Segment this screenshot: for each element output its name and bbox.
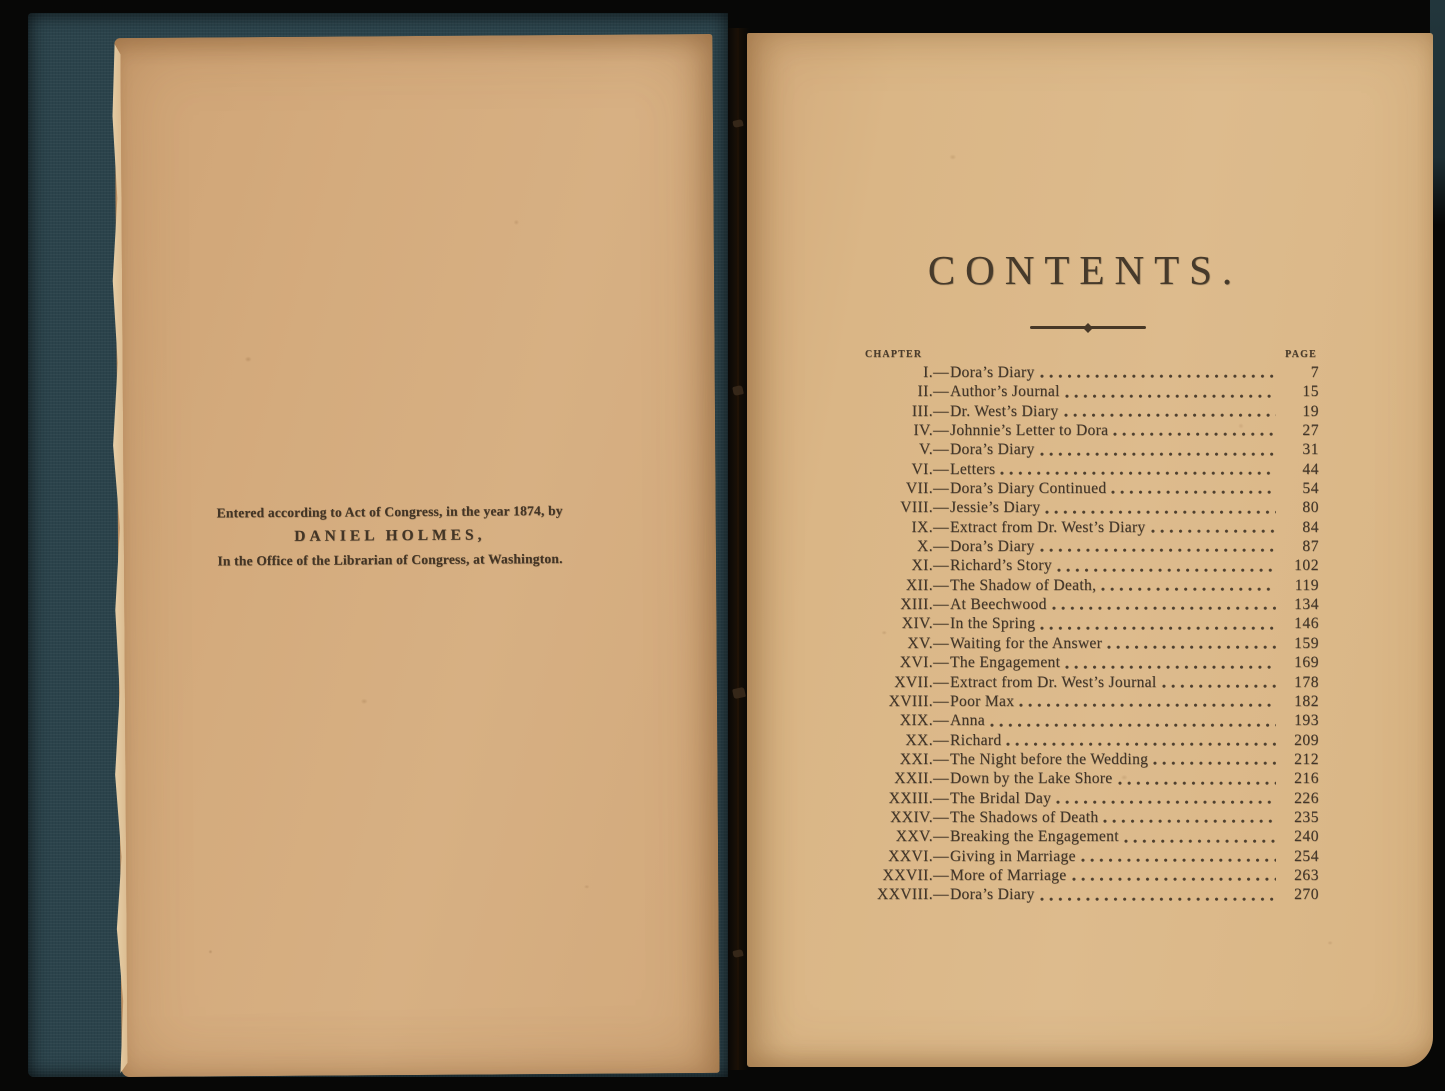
chapter-page-number: 84 [1283,518,1319,537]
dot-leader [1071,877,1276,882]
dot-leader [1100,587,1276,592]
chapter-title: The Shadow of Death, [949,576,1096,595]
chapter-numeral: III.— [857,402,949,421]
chapter-page-number: 134 [1283,595,1319,614]
dot-leader [1039,452,1276,457]
chapter-numeral: V.— [857,440,949,459]
copyright-office-line: In the Office of the Librarian of Congre… [118,550,662,570]
chapter-numeral: VI.— [857,460,949,479]
chapter-page-number: 27 [1283,421,1319,440]
chapter-page-number: 193 [1283,711,1319,730]
chapter-numeral: XXIII.— [857,789,949,808]
toc-row: VIII.— Jessie’s Diary 80 [857,498,1319,517]
dot-leader [1064,665,1276,670]
chapter-title: Extract from Dr. West’s Diary [949,518,1146,537]
chapter-page-number: 254 [1283,847,1319,866]
toc-row: XXII.— Down by the Lake Shore 216 [857,769,1319,788]
chapter-numeral: VIII.— [857,498,949,517]
toc-row: XI.— Richard’s Story 102 [857,556,1319,575]
chapter-title: Down by the Lake Shore [949,769,1113,788]
toc-row: XV.— Waiting for the Answer 159 [857,634,1319,653]
toc-row: XVII.— Extract from Dr. West’s Journal 1… [857,673,1319,692]
chapter-numeral: I.— [857,363,949,382]
chapter-title: Waiting for the Answer [949,634,1102,653]
dot-leader [1039,897,1276,902]
toc-row: XIV.— In the Spring 146 [857,614,1319,633]
chapter-title: Dora’s Diary Continued [949,479,1106,498]
toc-row: XIX.— Anna 193 [857,711,1319,730]
chapter-numeral: II.— [857,382,949,401]
chapter-numeral: XI.— [857,556,949,575]
chapter-page-number: 226 [1283,789,1319,808]
chapter-page-number: 31 [1283,440,1319,459]
toc-row: XX.— Richard 209 [857,731,1319,750]
dot-leader [1055,800,1276,805]
chapter-page-number: 216 [1283,769,1319,788]
dot-leader [1117,781,1277,786]
toc-row: VI.— Letters 44 [857,460,1319,479]
chapter-title: The Shadows of Death [949,808,1098,827]
dot-leader [1112,432,1276,437]
chapter-title: Poor Max [949,692,1014,711]
chapter-page-number: 263 [1283,866,1319,885]
toc-header-page: PAGE [1285,349,1317,360]
chapter-title: Dora’s Diary [949,885,1035,904]
dot-leader [1005,742,1276,747]
decorative-rule [1031,326,1145,329]
chapter-page-number: 7 [1283,363,1319,382]
contents-title: CONTENTS. [747,246,1423,294]
dot-leader [999,471,1276,476]
chapter-title: At Beechwood [949,595,1047,614]
chapter-page-number: 80 [1283,498,1319,517]
chapter-numeral: XIX.— [857,711,949,730]
chapter-title: Richard’s Story [949,556,1052,575]
chapter-title: Jessie’s Diary [949,498,1040,517]
chapter-numeral: XXVII.— [857,866,949,885]
chapter-page-number: 182 [1283,692,1319,711]
chapter-page-number: 169 [1283,653,1319,672]
chapter-title: Giving in Marriage [949,847,1076,866]
chapter-numeral: IX.— [857,518,949,537]
gutter-shadow-line [737,28,739,1070]
toc-row: II.— Author’s Journal 15 [857,382,1319,401]
toc-row: IX.— Extract from Dr. West’s Diary 84 [857,518,1319,537]
chapter-page-number: 44 [1283,460,1319,479]
chapter-numeral: XXI.— [857,750,949,769]
dot-leader [1039,626,1276,631]
chapter-page-number: 235 [1283,808,1319,827]
dot-leader [1039,548,1276,553]
toc-row: X.— Dora’s Diary 87 [857,537,1319,556]
toc-row: XIII.— At Beechwood 134 [857,595,1319,614]
chapter-title: Author’s Journal [949,382,1060,401]
chapter-title: Letters [949,460,995,479]
chapter-page-number: 15 [1283,382,1319,401]
chapter-numeral: IV.— [857,421,949,440]
chapter-numeral: XX.— [857,731,949,750]
toc-row: XVI.— The Engagement 169 [857,653,1319,672]
toc-row: I.— Dora’s Diary 7 [857,363,1319,382]
toc-row: XXI.— The Night before the Wedding 212 [857,750,1319,769]
copyright-statement: Entered according to Act of Congress, in… [118,502,662,522]
dot-leader [1106,645,1276,650]
dot-leader [1110,490,1276,495]
chapter-page-number: 54 [1283,479,1319,498]
dot-leader [1039,374,1276,379]
chapter-numeral: XVI.— [857,653,949,672]
chapter-page-number: 19 [1283,402,1319,421]
chapter-title: The Bridal Day [949,789,1051,808]
binding-stitch [732,687,746,699]
chapter-title: Dr. West’s Diary [949,402,1059,421]
dot-leader [1123,839,1276,844]
chapter-numeral: XV.— [857,634,949,653]
chapter-title: In the Spring [949,614,1035,633]
chapter-numeral: XXV.— [857,827,949,846]
chapter-numeral: XXVIII.— [857,885,949,904]
chapter-title: Dora’s Diary [949,440,1035,459]
table-of-contents: CHAPTER PAGE I.— Dora’s Diary 7 II.— Aut… [857,349,1319,905]
chapter-page-number: 270 [1283,885,1319,904]
toc-row: VII.— Dora’s Diary Continued 54 [857,479,1319,498]
chapter-page-number: 240 [1283,827,1319,846]
binding-stitch [732,119,743,128]
chapter-numeral: XXIV.— [857,808,949,827]
toc-row: V.— Dora’s Diary 31 [857,440,1319,459]
chapter-title: Anna [949,711,985,730]
binding-stitch [732,385,744,396]
chapter-page-number: 212 [1283,750,1319,769]
chapter-numeral: XXII.— [857,769,949,788]
toc-row: XXIV.— The Shadows of Death 235 [857,808,1319,827]
copyright-holder-name: DANIEL HOLMES, [118,525,662,547]
dot-leader [1161,684,1276,689]
toc-row: IV.— Johnnie’s Letter to Dora 27 [857,421,1319,440]
chapter-title: Richard [949,731,1001,750]
toc-row: XXVIII.— Dora’s Diary 270 [857,885,1319,904]
chapter-page-number: 159 [1283,634,1319,653]
chapter-numeral: XXVI.— [857,847,949,866]
toc-header: CHAPTER PAGE [857,349,1319,361]
chapter-title: Breaking the Engagement [949,827,1119,846]
chapter-page-number: 87 [1283,537,1319,556]
scanned-book-photo: Entered according to Act of Congress, in… [0,0,1445,1091]
binding-stitch [732,949,743,958]
toc-row: III.— Dr. West’s Diary 19 [857,402,1319,421]
chapter-title: Johnnie’s Letter to Dora [949,421,1108,440]
dot-leader [1018,703,1276,708]
dot-leader [1064,394,1276,399]
chapter-page-number: 119 [1283,576,1319,595]
chapter-numeral: XIII.— [857,595,949,614]
dot-leader [989,723,1276,728]
chapter-page-number: 146 [1283,614,1319,633]
chapter-title: Dora’s Diary [949,537,1035,556]
toc-row: XII.— The Shadow of Death, 119 [857,576,1319,595]
toc-row: XXVI.— Giving in Marriage 254 [857,847,1319,866]
dot-leader [1150,529,1276,534]
chapter-numeral: XVIII.— [857,692,949,711]
chapter-numeral: XII.— [857,576,949,595]
dot-leader [1102,819,1276,824]
dot-leader [1051,606,1276,611]
chapter-page-number: 102 [1283,556,1319,575]
binding-gutter [727,28,749,1070]
toc-row: XVIII.— Poor Max 182 [857,692,1319,711]
dot-leader [1056,568,1276,573]
dot-leader [1044,510,1276,515]
chapter-page-number: 209 [1283,731,1319,750]
dot-leader [1063,413,1276,418]
chapter-title: Dora’s Diary [949,363,1035,382]
chapter-page-number: 178 [1283,673,1319,692]
left-page: Entered according to Act of Congress, in… [114,34,719,1077]
toc-row: XXIII.— The Bridal Day 226 [857,789,1319,808]
right-page: CONTENTS. CHAPTER PAGE I.— Dora’s Diary … [747,33,1433,1067]
dot-leader [1152,761,1276,766]
chapter-title: More of Marriage [949,866,1067,885]
toc-row: XXV.— Breaking the Engagement 240 [857,827,1319,846]
chapter-numeral: XIV.— [857,614,949,633]
toc-header-chapter: CHAPTER [865,349,922,360]
chapter-title: The Night before the Wedding [949,750,1148,769]
copyright-block: Entered according to Act of Congress, in… [118,502,662,577]
chapter-numeral: X.— [857,537,949,556]
dot-leader [1080,858,1276,863]
chapter-numeral: XVII.— [857,673,949,692]
toc-list: I.— Dora’s Diary 7 II.— Author’s Journal… [857,363,1319,905]
chapter-title: Extract from Dr. West’s Journal [949,673,1157,692]
chapter-numeral: VII.— [857,479,949,498]
chapter-title: The Engagement [949,653,1060,672]
toc-row: XXVII.— More of Marriage 263 [857,866,1319,885]
